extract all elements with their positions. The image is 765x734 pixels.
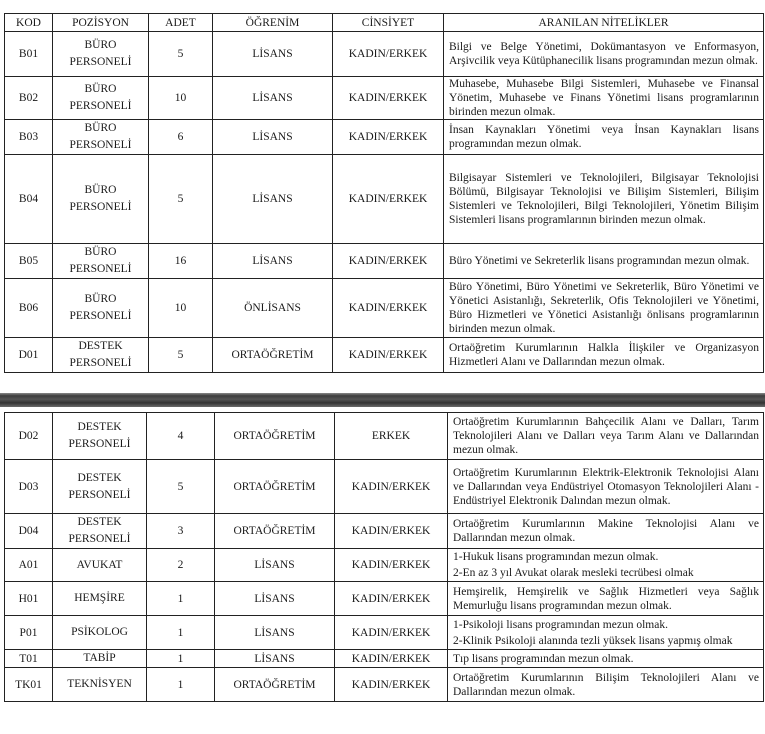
cell-cinsiyet: KADIN/ERKEK bbox=[335, 616, 448, 650]
pozisyon-line: BÜRO bbox=[57, 182, 144, 199]
cell-pozisyon: BÜROPERSONELİ bbox=[53, 77, 149, 120]
cell-adet: 4 bbox=[147, 413, 215, 460]
cell-cinsiyet: KADIN/ERKEK bbox=[335, 668, 448, 702]
cell-kod: B06 bbox=[5, 279, 53, 338]
cell-adet: 10 bbox=[149, 77, 213, 120]
pozisyon-line: DESTEK bbox=[57, 419, 142, 436]
table-row: A01AVUKAT2LİSANSKADIN/ERKEK1-Hukuk lisan… bbox=[5, 549, 764, 582]
cell-pozisyon: DESTEKPERSONELİ bbox=[53, 514, 147, 549]
cell-pozisyon: HEMŞİRE bbox=[53, 582, 147, 616]
pozisyon-line: PERSONELİ bbox=[57, 308, 144, 325]
pozisyon-line: PERSONELİ bbox=[57, 98, 144, 115]
cell-cinsiyet: KADIN/ERKEK bbox=[335, 514, 448, 549]
pozisyon-line: BÜRO bbox=[57, 120, 144, 137]
table-row: TK01TEKNİSYEN1ORTAÖĞRETİMKADIN/ERKEKOrta… bbox=[5, 668, 764, 702]
table-row: D01DESTEKPERSONELİ5ORTAÖĞRETİMKADIN/ERKE… bbox=[5, 338, 764, 373]
cell-adet: 3 bbox=[147, 514, 215, 549]
cell-cinsiyet: KADIN/ERKEK bbox=[335, 582, 448, 616]
cell-cinsiyet: KADIN/ERKEK bbox=[333, 32, 444, 77]
pozisyon-line: BÜRO bbox=[57, 81, 144, 98]
pozisyon-line: HEMŞİRE bbox=[57, 590, 142, 607]
cell-adet: 1 bbox=[147, 616, 215, 650]
header-pozisyon: POZİSYON bbox=[53, 14, 149, 32]
cell-aranilan-nitelikler: 1-Psikoloji lisans programından mezun ol… bbox=[448, 616, 764, 650]
cell-cinsiyet: KADIN/ERKEK bbox=[333, 120, 444, 155]
pozisyon-line: PERSONELİ bbox=[57, 261, 144, 278]
cell-pozisyon: BÜROPERSONELİ bbox=[53, 120, 149, 155]
cell-kod: T01 bbox=[5, 650, 53, 668]
cell-pozisyon: PSİKOLOG bbox=[53, 616, 147, 650]
pozisyon-line: PERSONELİ bbox=[57, 355, 144, 372]
cell-ogrenim: LİSANS bbox=[215, 650, 335, 668]
table-row: T01TABİP1LİSANSKADIN/ERKEKTıp lisans pro… bbox=[5, 650, 764, 668]
cell-pozisyon: BÜROPERSONELİ bbox=[53, 244, 149, 279]
cell-aranilan-nitelikler: Bilgi ve Belge Yönetimi, Dokümantasyon v… bbox=[444, 32, 764, 77]
cell-aranilan-nitelikler: Ortaöğretim Kurumlarının Bilişim Teknolo… bbox=[448, 668, 764, 702]
page-separator-bar bbox=[0, 393, 765, 407]
nitelik-line: 2-Klinik Psikoloji alanında tezli yüksek… bbox=[453, 633, 759, 649]
cell-pozisyon: AVUKAT bbox=[53, 549, 147, 582]
cell-kod: TK01 bbox=[5, 668, 53, 702]
pozisyon-line: PERSONELİ bbox=[57, 54, 144, 71]
header-cinsiyet: CİNSİYET bbox=[333, 14, 444, 32]
pozisyon-line: DESTEK bbox=[57, 470, 142, 487]
pozisyon-line: PERSONELİ bbox=[57, 137, 144, 154]
cell-ogrenim: ORTAÖĞRETİM bbox=[215, 668, 335, 702]
header-ogrenim: ÖĞRENİM bbox=[213, 14, 333, 32]
pozisyon-line: TABİP bbox=[57, 650, 142, 667]
pozisyon-line: BÜRO bbox=[57, 291, 144, 308]
nitelik-line: 2-En az 3 yıl Avukat olarak mesleki tecr… bbox=[453, 565, 759, 581]
cell-pozisyon: TEKNİSYEN bbox=[53, 668, 147, 702]
cell-ogrenim: LİSANS bbox=[213, 155, 333, 244]
cell-pozisyon: DESTEKPERSONELİ bbox=[53, 460, 147, 514]
cell-pozisyon: TABİP bbox=[53, 650, 147, 668]
cell-ogrenim: ORTAÖĞRETİM bbox=[215, 460, 335, 514]
cell-kod: B03 bbox=[5, 120, 53, 155]
cell-adet: 16 bbox=[149, 244, 213, 279]
cell-adet: 5 bbox=[149, 155, 213, 244]
cell-aranilan-nitelikler: Ortaöğretim Kurumlarının Makine Teknoloj… bbox=[448, 514, 764, 549]
pozisyon-line: BÜRO bbox=[57, 37, 144, 54]
cell-kod: D03 bbox=[5, 460, 53, 514]
table-row: D02DESTEKPERSONELİ4ORTAÖĞRETİMERKEKOrtaö… bbox=[5, 413, 764, 460]
cell-pozisyon: DESTEKPERSONELİ bbox=[53, 413, 147, 460]
table-row: B05BÜROPERSONELİ16LİSANSKADIN/ERKEKBüro … bbox=[5, 244, 764, 279]
table-row: B06BÜROPERSONELİ10ÖNLİSANSKADIN/ERKEKBür… bbox=[5, 279, 764, 338]
cell-aranilan-nitelikler: Tıp lisans programından mezun olmak. bbox=[448, 650, 764, 668]
cell-adet: 5 bbox=[149, 32, 213, 77]
pozisyon-line: BÜRO bbox=[57, 244, 144, 261]
cell-cinsiyet: KADIN/ERKEK bbox=[335, 549, 448, 582]
cell-kod: B01 bbox=[5, 32, 53, 77]
header-row: KOD POZİSYON ADET ÖĞRENİM CİNSİYET ARANI… bbox=[5, 14, 764, 32]
pozisyon-line: PERSONELİ bbox=[57, 436, 142, 453]
cell-cinsiyet: KADIN/ERKEK bbox=[333, 155, 444, 244]
cell-kod: D02 bbox=[5, 413, 53, 460]
cell-cinsiyet: KADIN/ERKEK bbox=[335, 460, 448, 514]
table-row: B04BÜROPERSONELİ5LİSANSKADIN/ERKEKBilgis… bbox=[5, 155, 764, 244]
cell-pozisyon: BÜROPERSONELİ bbox=[53, 279, 149, 338]
cell-aranilan-nitelikler: Ortaöğretim Kurumlarının Halkla İlişkile… bbox=[444, 338, 764, 373]
cell-ogrenim: LİSANS bbox=[213, 120, 333, 155]
pozisyon-line: DESTEK bbox=[57, 514, 142, 531]
cell-aranilan-nitelikler: Büro Yönetimi, Büro Yönetimi ve Sekreter… bbox=[444, 279, 764, 338]
table-row: D03DESTEKPERSONELİ5ORTAÖĞRETİMKADIN/ERKE… bbox=[5, 460, 764, 514]
cell-cinsiyet: ERKEK bbox=[335, 413, 448, 460]
cell-ogrenim: LİSANS bbox=[213, 77, 333, 120]
nitelik-line: 1-Psikoloji lisans programından mezun ol… bbox=[453, 617, 759, 633]
table-row: P01PSİKOLOG1LİSANSKADIN/ERKEK1-Psikoloji… bbox=[5, 616, 764, 650]
pozisyon-line: TEKNİSYEN bbox=[57, 676, 142, 693]
table-row: D04DESTEKPERSONELİ3ORTAÖĞRETİMKADIN/ERKE… bbox=[5, 514, 764, 549]
pozisyon-line: AVUKAT bbox=[57, 557, 142, 574]
cell-adet: 6 bbox=[149, 120, 213, 155]
cell-aranilan-nitelikler: İnsan Kaynakları Yönetimi veya İnsan Kay… bbox=[444, 120, 764, 155]
cell-cinsiyet: KADIN/ERKEK bbox=[333, 77, 444, 120]
cell-ogrenim: LİSANS bbox=[213, 32, 333, 77]
cell-kod: H01 bbox=[5, 582, 53, 616]
cell-ogrenim: LİSANS bbox=[215, 582, 335, 616]
cell-adet: 10 bbox=[149, 279, 213, 338]
cell-kod: A01 bbox=[5, 549, 53, 582]
cell-cinsiyet: KADIN/ERKEK bbox=[333, 338, 444, 373]
pozisyon-line: DESTEK bbox=[57, 338, 144, 355]
cell-adet: 5 bbox=[147, 460, 215, 514]
positions-table-2: D02DESTEKPERSONELİ4ORTAÖĞRETİMERKEKOrtaö… bbox=[4, 412, 764, 702]
cell-adet: 5 bbox=[149, 338, 213, 373]
cell-adet: 2 bbox=[147, 549, 215, 582]
cell-adet: 1 bbox=[147, 668, 215, 702]
cell-adet: 1 bbox=[147, 650, 215, 668]
cell-ogrenim: ORTAÖĞRETİM bbox=[215, 514, 335, 549]
cell-ogrenim: LİSANS bbox=[213, 244, 333, 279]
cell-ogrenim: ORTAÖĞRETİM bbox=[215, 413, 335, 460]
table-row: H01HEMŞİRE1LİSANSKADIN/ERKEKHemşirelik, … bbox=[5, 582, 764, 616]
pozisyon-line: PERSONELİ bbox=[57, 199, 144, 216]
positions-table-1: KOD POZİSYON ADET ÖĞRENİM CİNSİYET ARANI… bbox=[4, 13, 764, 373]
pozisyon-line: PERSONELİ bbox=[57, 531, 142, 548]
cell-kod: B02 bbox=[5, 77, 53, 120]
cell-cinsiyet: KADIN/ERKEK bbox=[333, 279, 444, 338]
cell-aranilan-nitelikler: Ortaöğretim Kurumlarının Bahçecilik Alan… bbox=[448, 413, 764, 460]
pozisyon-line: PSİKOLOG bbox=[57, 624, 142, 641]
cell-pozisyon: DESTEKPERSONELİ bbox=[53, 338, 149, 373]
cell-ogrenim: LİSANS bbox=[215, 616, 335, 650]
cell-ogrenim: ORTAÖĞRETİM bbox=[213, 338, 333, 373]
cell-ogrenim: LİSANS bbox=[215, 549, 335, 582]
cell-aranilan-nitelikler: Bilgisayar Sistemleri ve Teknolojileri, … bbox=[444, 155, 764, 244]
cell-aranilan-nitelikler: Muhasebe, Muhasebe Bilgi Sistemleri, Muh… bbox=[444, 77, 764, 120]
cell-kod: B05 bbox=[5, 244, 53, 279]
cell-kod: D01 bbox=[5, 338, 53, 373]
cell-aranilan-nitelikler: Ortaöğretim Kurumlarının Elektrik-Elektr… bbox=[448, 460, 764, 514]
cell-aranilan-nitelikler: Büro Yönetimi ve Sekreterlik lisans prog… bbox=[444, 244, 764, 279]
table-row: B01BÜROPERSONELİ5LİSANSKADIN/ERKEKBilgi … bbox=[5, 32, 764, 77]
cell-aranilan-nitelikler: 1-Hukuk lisans programından mezun olmak.… bbox=[448, 549, 764, 582]
cell-cinsiyet: KADIN/ERKEK bbox=[333, 244, 444, 279]
header-kod: KOD bbox=[5, 14, 53, 32]
pozisyon-line: PERSONELİ bbox=[57, 487, 142, 504]
table-row: B02BÜROPERSONELİ10LİSANSKADIN/ERKEKMuhas… bbox=[5, 77, 764, 120]
header-adet: ADET bbox=[149, 14, 213, 32]
cell-adet: 1 bbox=[147, 582, 215, 616]
cell-kod: P01 bbox=[5, 616, 53, 650]
cell-kod: B04 bbox=[5, 155, 53, 244]
table-row: B03BÜROPERSONELİ6LİSANSKADIN/ERKEKİnsan … bbox=[5, 120, 764, 155]
cell-ogrenim: ÖNLİSANS bbox=[213, 279, 333, 338]
nitelik-line: 1-Hukuk lisans programından mezun olmak. bbox=[453, 549, 759, 565]
cell-cinsiyet: KADIN/ERKEK bbox=[335, 650, 448, 668]
cell-aranilan-nitelikler: Hemşirelik, Hemşirelik ve Sağlık Hizmetl… bbox=[448, 582, 764, 616]
header-aranilan-nitelikler: ARANILAN NİTELİKLER bbox=[444, 14, 764, 32]
cell-kod: D04 bbox=[5, 514, 53, 549]
cell-pozisyon: BÜROPERSONELİ bbox=[53, 155, 149, 244]
cell-pozisyon: BÜROPERSONELİ bbox=[53, 32, 149, 77]
